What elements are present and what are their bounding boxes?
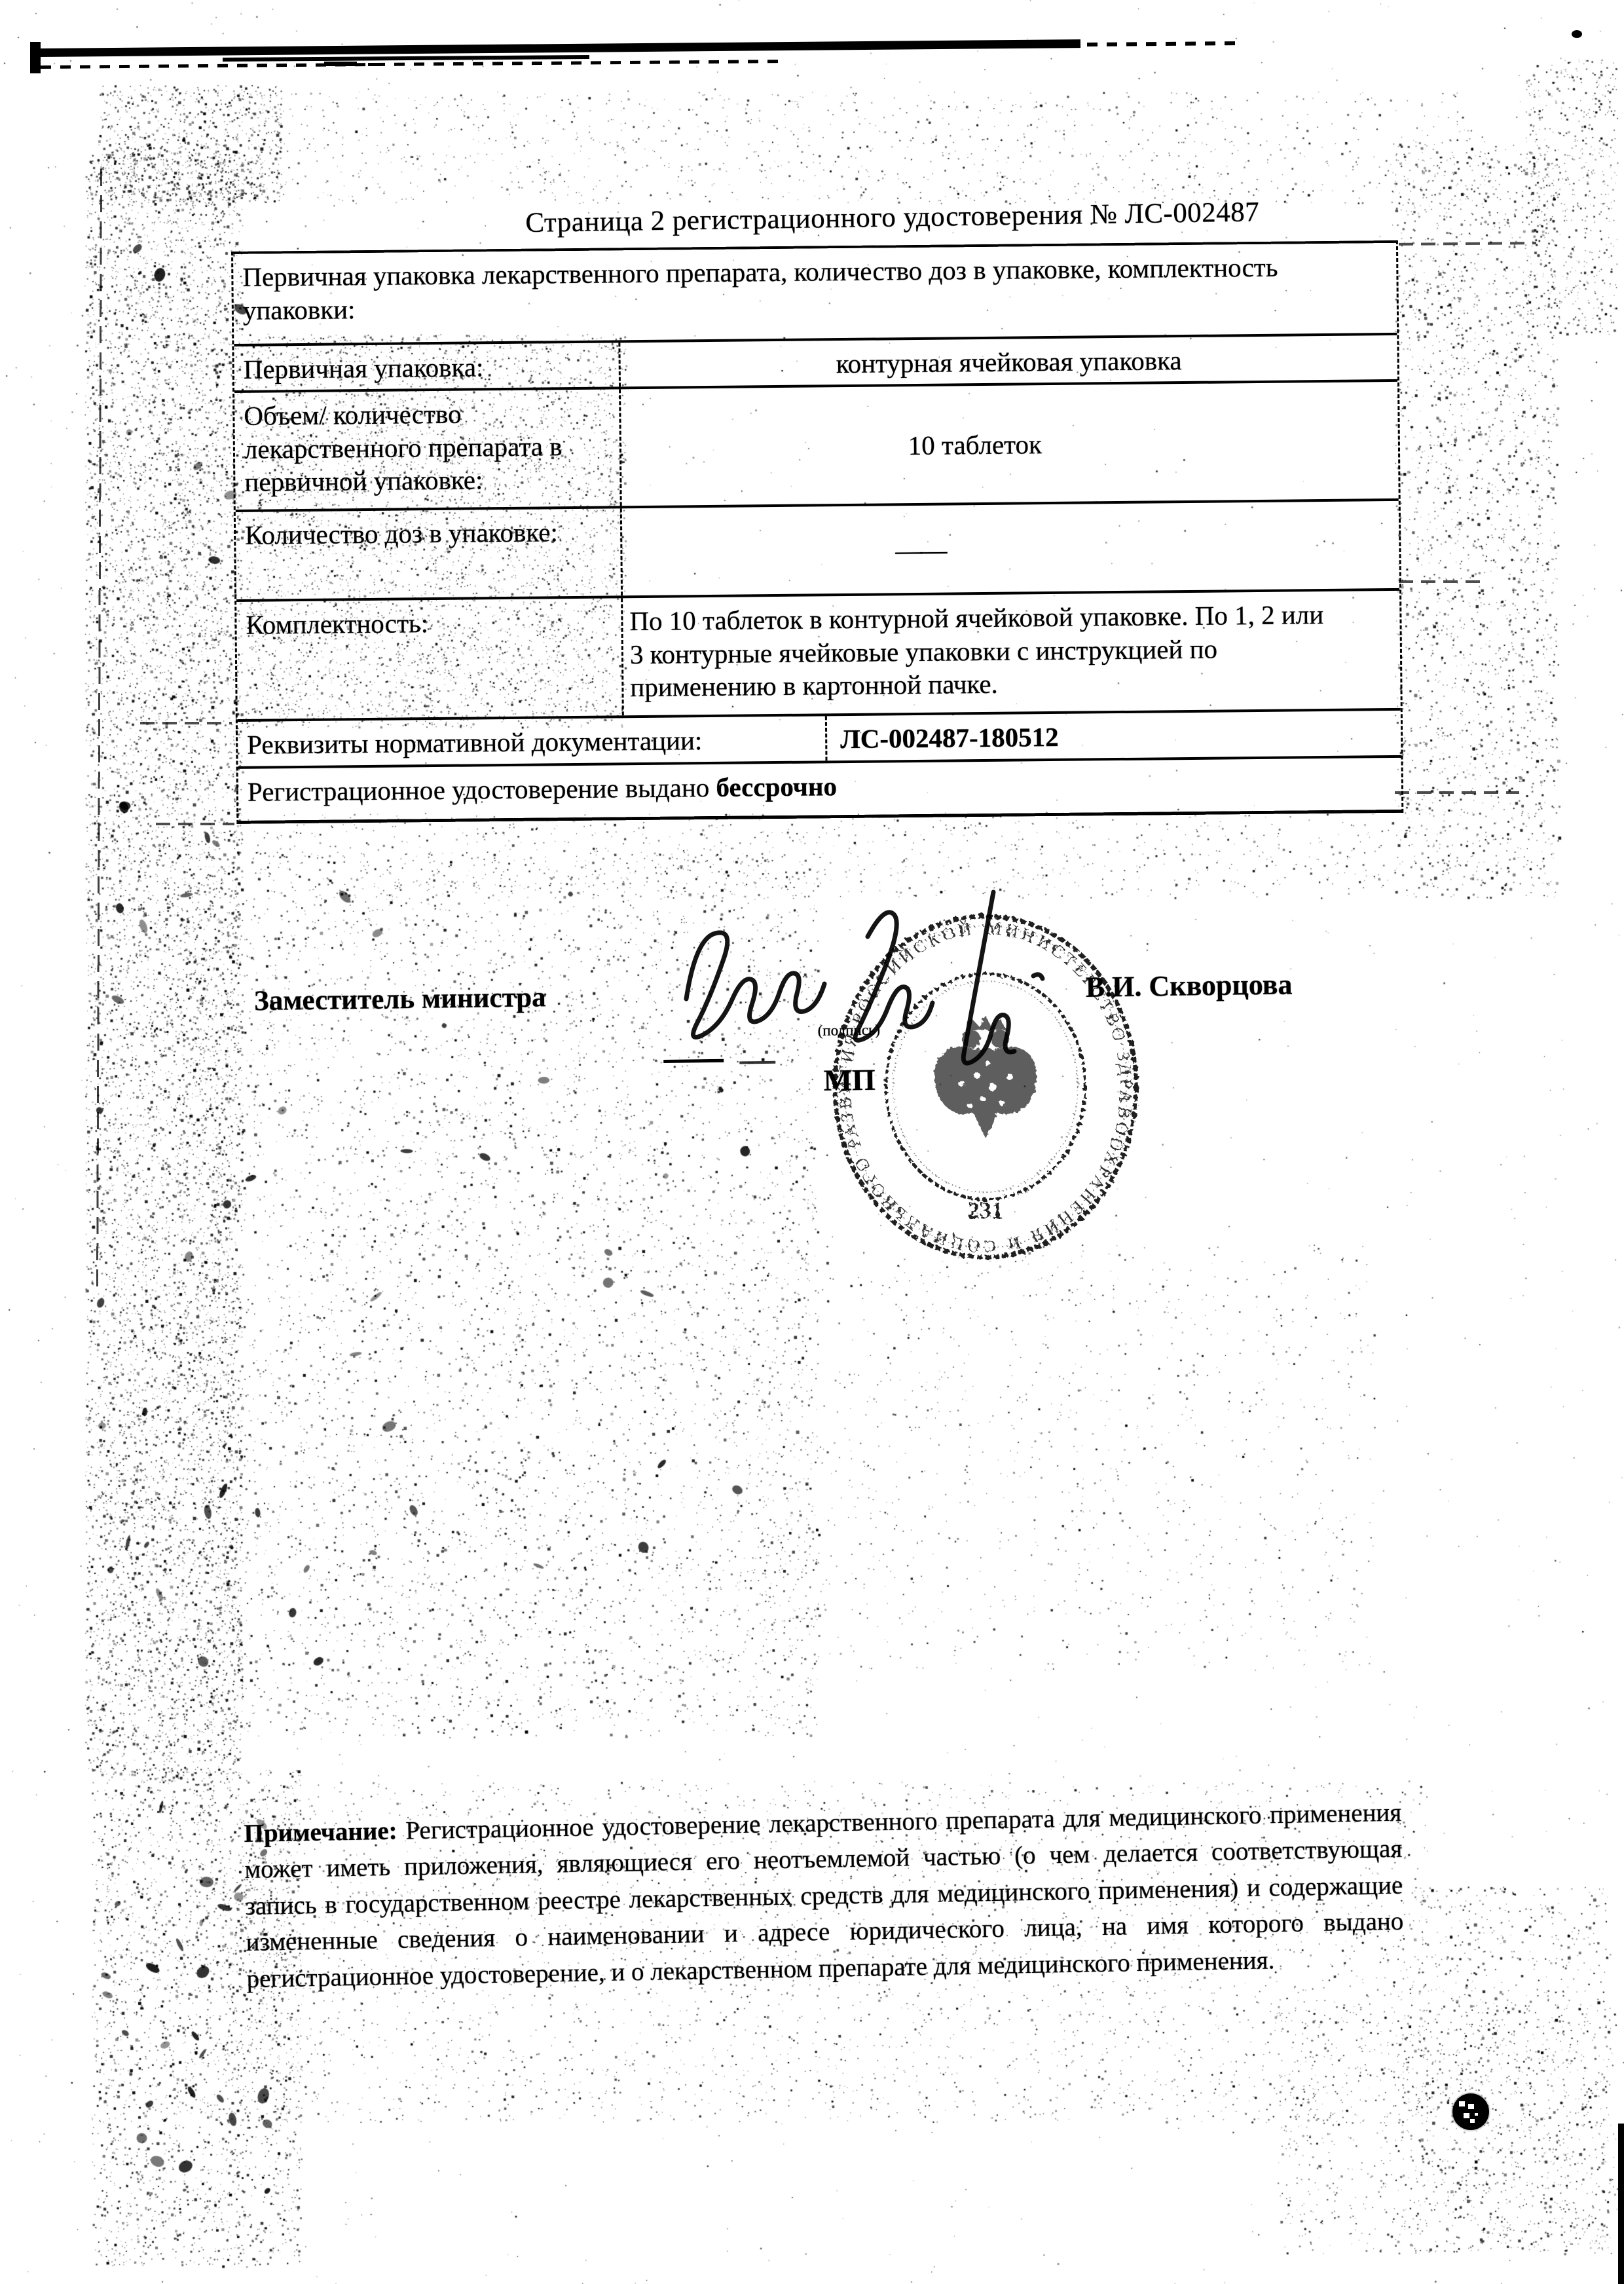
row-label: Первичная упаковка: bbox=[234, 343, 621, 390]
note-paragraph: Примечание: Регистрационное удостоверени… bbox=[244, 1795, 1405, 1997]
scan-edge-strip bbox=[1618, 2124, 1624, 2284]
table-row-header: Первичная упаковка лекарственного препар… bbox=[233, 243, 1397, 344]
table-row-completeness: Комплектность: По 10 таблеток в контурно… bbox=[236, 588, 1401, 719]
row-label: Объем/ количество лекарственного препара… bbox=[234, 389, 622, 510]
validity-cell: Регистрационное удостоверение выдано бес… bbox=[238, 758, 1402, 821]
scan-artifact bbox=[156, 823, 234, 825]
stamp-number: 231 bbox=[968, 1197, 1003, 1224]
packaging-header-cell: Первичная упаковка лекарственного препар… bbox=[233, 243, 1397, 344]
scan-artifact bbox=[1399, 580, 1484, 583]
signature-image bbox=[668, 878, 1074, 1094]
row-label: Комплектность: bbox=[236, 598, 624, 719]
registration-table: Первичная упаковка лекарственного препар… bbox=[231, 240, 1403, 824]
validity-text: Регистрационное удостоверение выдано bbox=[248, 772, 716, 807]
scan-artifact bbox=[1395, 791, 1519, 794]
scan-artifact bbox=[1572, 30, 1582, 38]
scan-artifact bbox=[324, 62, 357, 66]
row-value: —— bbox=[622, 501, 1399, 595]
row-label: Количество доз в упаковке: bbox=[236, 508, 623, 599]
row-label: Реквизиты нормативной документации: bbox=[238, 716, 828, 766]
scan-artifact bbox=[140, 722, 232, 724]
scanned-document-page: Страница 2 регистрационного удостоверени… bbox=[0, 0, 1624, 2284]
table-row-doses: Количество доз в упаковке: —— bbox=[236, 498, 1399, 599]
ink-spot bbox=[1452, 2093, 1489, 2130]
row-value: ЛС-002487-180512 bbox=[827, 711, 1401, 760]
table-row-validity: Регистрационное удостоверение выдано бес… bbox=[238, 755, 1402, 821]
row-value: контурная ячейковая упаковка bbox=[620, 335, 1397, 386]
validity-term: бессрочно bbox=[716, 771, 837, 802]
scan-artifact bbox=[368, 63, 381, 66]
table-row-volume: Объем/ количество лекарственного препара… bbox=[234, 379, 1399, 510]
row-value: По 10 таблеток в контурной ячейковой упа… bbox=[623, 591, 1344, 716]
note-text: Регистрационное удостоверение лекарствен… bbox=[244, 1799, 1404, 1993]
scan-artifact bbox=[30, 42, 41, 73]
row-value: 10 таблеток bbox=[621, 382, 1399, 506]
note-label: Примечание: bbox=[244, 1817, 397, 1848]
